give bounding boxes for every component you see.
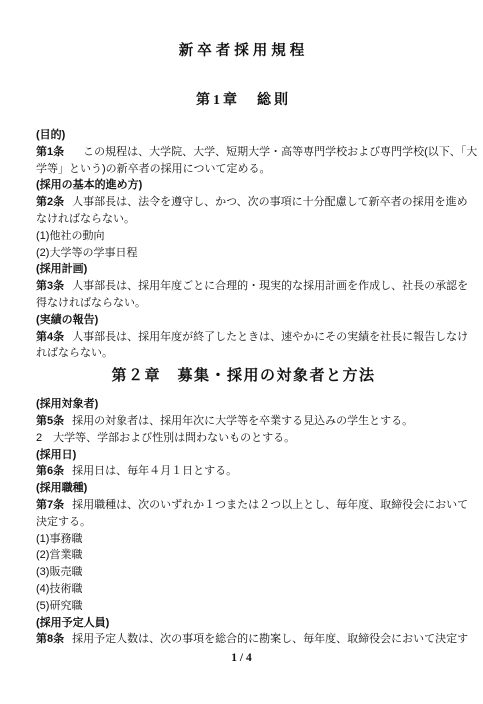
article-text: 人事部長は、採用年度が終了したときは、速やかにその実績を社長に報告しなけ	[72, 331, 468, 343]
list-item: (5)研究職	[36, 598, 451, 615]
list-item: 2 大学等、学部および性別は問わないものとする。	[36, 430, 451, 447]
article-line: 第4条人事部長は、採用年度が終了したときは、速やかにその実績を社長に報告しなけ	[36, 329, 451, 346]
section-label: (採用対象者)	[36, 396, 451, 413]
article-text: 人事部長は、採用年度ごとに合理的・現実的な採用計画を作成し、社長の承認を	[72, 280, 468, 292]
article-text: この規程は、大学院、大学、短期大学・高等専門学校および専門学校(以下、「大	[72, 146, 477, 158]
document-title: 新卒者採用規程	[36, 40, 451, 60]
article: 第1条 この規程は、大学院、大学、短期大学・高等専門学校および専門学校(以下、「…	[36, 144, 451, 178]
article: 第4条人事部長は、採用年度が終了したときは、速やかにその実績を社長に報告しなけれ…	[36, 329, 451, 363]
article-line: 第6条採用日は、毎年４月１日とする。	[36, 463, 451, 480]
page-number: 1 / 4	[0, 652, 483, 664]
article-number: 第6条	[36, 465, 64, 477]
list-item: (4)技術職	[36, 581, 451, 598]
document-body: 第1章 総則(目的)第1条 この規程は、大学院、大学、短期大学・高等専門学校およ…	[36, 91, 451, 648]
article-number: 第8条	[36, 633, 64, 645]
article-line: 第3条人事部長は、採用年度ごとに合理的・現実的な採用計画を作成し、社長の承認を	[36, 278, 451, 295]
section-label: (採用の基本的進め方)	[36, 177, 451, 194]
article-text: 人事部長は、法令を遵守し、かつ、次の事項に十分配慮して新卒者の採用を進め	[72, 196, 468, 208]
article-line: 第7条採用職種は、次のいずれか１つまたは２つ以上とし、毎年度、取締役会において	[36, 497, 451, 514]
section-label: (実績の報告)	[36, 312, 451, 329]
list-item: (2)営業職	[36, 547, 451, 564]
document-page: 新卒者採用規程 第1章 総則(目的)第1条 この規程は、大学院、大学、短期大学・…	[0, 0, 483, 704]
article-line: 第5条採用の対象者は、採用年次に大学等を卒業する見込みの学生とする。	[36, 413, 451, 430]
article-text: 採用職種は、次のいずれか１つまたは２つ以上とし、毎年度、取締役会において	[72, 499, 468, 511]
article-number: 第1条	[36, 146, 64, 158]
article: 第6条採用日は、毎年４月１日とする。	[36, 463, 451, 480]
article: 第3条人事部長は、採用年度ごとに合理的・現実的な採用計画を作成し、社長の承認を得…	[36, 278, 451, 312]
section-label: (採用職種)	[36, 480, 451, 497]
article: 第8条採用予定人数は、次の事項を総合的に勘案し、毎年度、取締役会において決定す	[36, 631, 451, 648]
article-line: ればならない。	[36, 345, 451, 362]
article-line: 決定する。	[36, 514, 451, 531]
article: 第5条採用の対象者は、採用年次に大学等を卒業する見込みの学生とする。	[36, 413, 451, 430]
article-line: 第2条人事部長は、法令を遵守し、かつ、次の事項に十分配慮して新卒者の採用を進め	[36, 194, 451, 211]
article-number: 第3条	[36, 280, 64, 292]
section-label: (採用計画)	[36, 261, 451, 278]
article-number: 第7条	[36, 499, 64, 511]
section-label: (採用予定人員)	[36, 615, 451, 632]
article-text: 採用予定人数は、次の事項を総合的に勘案し、毎年度、取締役会において決定す	[72, 633, 468, 645]
list-item: (1)他社の動向	[36, 228, 451, 245]
article: 第7条採用職種は、次のいずれか１つまたは２つ以上とし、毎年度、取締役会において決…	[36, 497, 451, 531]
article-line: 第8条採用予定人数は、次の事項を総合的に勘案し、毎年度、取締役会において決定す	[36, 631, 451, 648]
chapter-heading: 第1章 総則	[36, 91, 451, 110]
section-label: (採用日)	[36, 447, 451, 464]
article-number: 第4条	[36, 331, 64, 343]
article-line: 第1条 この規程は、大学院、大学、短期大学・高等専門学校および専門学校(以下、「…	[36, 144, 451, 161]
list-item: (2)大学等の学事日程	[36, 245, 451, 262]
section-label: (目的)	[36, 127, 451, 144]
article-text: 採用の対象者は、採用年次に大学等を卒業する見込みの学生とする。	[72, 415, 413, 427]
article-text: 採用日は、毎年４月１日とする。	[72, 465, 237, 477]
article: 第2条人事部長は、法令を遵守し、かつ、次の事項に十分配慮して新卒者の採用を進めな…	[36, 194, 451, 228]
list-item: (1)事務職	[36, 531, 451, 548]
article-number: 第5条	[36, 415, 64, 427]
article-line: なければならない。	[36, 211, 451, 228]
article-number: 第2条	[36, 196, 64, 208]
chapter-heading: 第２章 募集・採用の対象者と方法	[36, 366, 451, 387]
list-item: (3)販売職	[36, 564, 451, 581]
article-line: 得なければならない。	[36, 295, 451, 312]
article-line: 学等」という)の新卒者の採用について定める。	[36, 161, 451, 178]
